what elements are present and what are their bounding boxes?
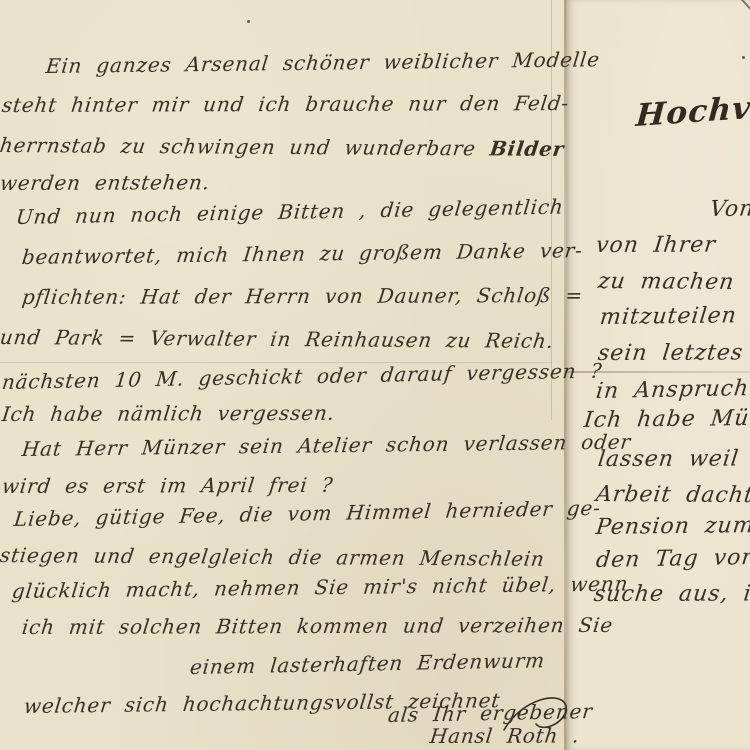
letter-line: lassen weil <box>596 446 740 474</box>
letter-line: Ich habe Mün <box>582 405 750 435</box>
letter-line: pflichten: Hat der Herrn von Dauner, Sch… <box>21 283 585 310</box>
letter-line: werden entstehen. <box>0 170 211 196</box>
letter-line: von Ihrer <box>594 232 717 260</box>
letter-scan: { "colors": { "paper_left": "#e9e1c9", "… <box>0 0 750 750</box>
letter-line: zu machen <box>596 268 736 296</box>
letter-line: den Tag vor m <box>595 543 750 574</box>
letter-line: suche aus, ich <box>592 580 750 608</box>
letter-line: Pension zum <box>594 512 750 541</box>
salutation: Hochverehr <box>635 83 750 134</box>
letter-body-right: Hochverehr Von von Ihrer zu machen mitzu… <box>566 0 750 750</box>
emphasized-word: Bilder <box>488 136 565 161</box>
letter-line: mitzuteilen <box>598 302 738 331</box>
letter-line: in Anspruch <box>595 375 750 405</box>
paper-speck <box>247 20 250 23</box>
letter-line: und Park = Verwalter in Reinhausen zu Re… <box>0 325 555 354</box>
letter-line: stiegen und engelgleich die armen Mensch… <box>0 543 546 572</box>
letter-line: ich mit solchen Bitten kommen und verzei… <box>21 613 615 640</box>
letter-line: wird es erst im April frei ? <box>1 473 335 499</box>
letter-line: Ich habe nämlich vergessen. <box>1 401 337 427</box>
letter-line: sein letztes <box>596 339 744 367</box>
letter-line-text: herrnstab zu schwingen und wunderbare <box>0 133 492 160</box>
letter-line: Arbeit dachte <box>594 481 750 510</box>
letter-line: Von <box>708 195 750 223</box>
letter-line: steht hinter mir und ich brauche nur den… <box>1 91 571 118</box>
letter-line: herrnstab zu schwingen und wunderbare Bi… <box>0 133 566 162</box>
